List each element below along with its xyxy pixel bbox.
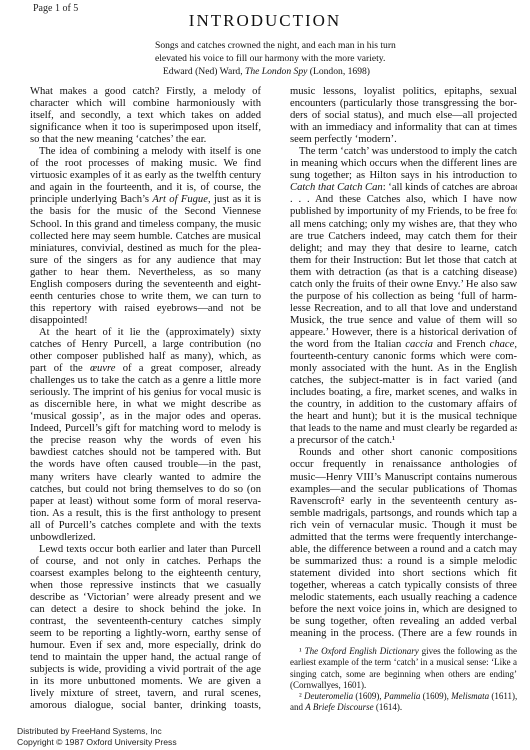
text-line: earliest example of the term ‘catch’ in …: [290, 657, 517, 668]
text-line: with an immediacy and informality that c…: [290, 122, 517, 134]
text-line: lively mixture of street, tavern, and ru…: [30, 688, 261, 700]
text-line: catch only the fruits of their owne Envy…: [290, 279, 517, 291]
text-line: in meaning which occurs when the differe…: [290, 158, 517, 170]
text-line: them with detraction (as that is a catch…: [290, 267, 517, 279]
text-line: the words have often caused trouble—in t…: [30, 459, 261, 471]
text-line: and A Briefe Discourse (1614).: [290, 702, 517, 713]
text-line: subjects is wide, providing a vivid port…: [30, 664, 261, 676]
text-line: Ravenscroft² early in the seventeenth ce…: [290, 496, 517, 508]
left-text-column: What makes a good catch? Firstly, a melo…: [30, 86, 261, 712]
text-line: melodic statements, each usually reachin…: [290, 592, 517, 604]
text-line: significance when it too is superimposed…: [30, 122, 261, 134]
text-line: part of the œuvre of a great composer, a…: [30, 363, 261, 375]
text-line: able, the difference between a round and…: [290, 544, 517, 556]
text-line: describe as ‘Victorian’ were already pre…: [30, 592, 261, 604]
text-line: other composer published half as many), …: [30, 351, 261, 363]
text-line: School. In this grand and timeless compa…: [30, 219, 261, 231]
text-line: seriously. The imprint of his genius for…: [30, 387, 261, 399]
text-line: seem perfectly ‘modern’.: [290, 134, 517, 146]
text-line: together, whereas a catch typically cons…: [290, 580, 517, 592]
text-line: monly associated with the hunt. As in th…: [290, 363, 517, 375]
text-line: a precursor of the catch.¹: [290, 435, 517, 447]
attribution-work: The London Spy: [245, 66, 307, 77]
text-line: appeare.’ However, there is a historical…: [290, 327, 517, 339]
text-line: coarsest examples belong to the eighteen…: [30, 568, 261, 580]
text-line: when those repressive instincts that we …: [30, 580, 261, 592]
text-line: catches, but could not bring themselves …: [30, 484, 261, 496]
text-line: of the root processes of making music. W…: [30, 158, 261, 170]
footnotes: ¹ The Oxford English Dictionary gives th…: [290, 646, 517, 713]
epigraph: Songs and catches crowned the night, and…: [155, 40, 370, 79]
text-line: paper at least) without some form of mor…: [30, 496, 261, 508]
text-line: can detect a desire to shock behind the …: [30, 604, 261, 616]
text-line: ¹ The Oxford English Dictionary gives th…: [290, 646, 517, 657]
text-line: contrast, the seventeenth-century catche…: [30, 616, 261, 628]
attribution-author: Edward (Ned) Ward,: [163, 66, 245, 77]
text-line: the word from the Italian caccia and Fre…: [290, 339, 517, 351]
text-line: this repertory with raised eyebrows—and …: [30, 303, 261, 315]
epigraph-line: Songs and catches crowned the night, and…: [155, 40, 370, 53]
chapter-title: INTRODUCTION: [0, 11, 530, 31]
distributor-line: Distributed by FreeHand Systems, Inc: [17, 726, 177, 737]
text-line: music—Henry VIII’s Manuscript contains n…: [290, 472, 517, 484]
epigraph-attribution: Edward (Ned) Ward, The London Spy (Londo…: [155, 66, 370, 79]
text-line: (Cornwallyes, 1601).: [290, 680, 517, 691]
text-line: Catch that Catch Can: ‘all kinds of catc…: [290, 182, 517, 194]
text-line: Lewd texts occur both earlier and later …: [30, 544, 261, 556]
text-line: so that the new meaning ‘catches’ the ea…: [30, 134, 261, 146]
text-line: occur frequently in renaissance antholog…: [290, 459, 517, 471]
right-text-column: music lessons, loyalist politics, epitap…: [290, 86, 517, 713]
text-line: before the next voice joins in, which ar…: [290, 604, 517, 616]
text-line: ders of social status), and much else—al…: [290, 110, 517, 122]
text-line: the purpose of his collection as being ‘…: [290, 291, 517, 303]
text-line: collected here may seem humble. Catches …: [30, 231, 261, 243]
text-line: many writers have clearly wanted to admi…: [30, 472, 261, 484]
text-line: sure of the singers as for any audience …: [30, 255, 261, 267]
text-line: meaning in the process. (There are a few…: [290, 628, 517, 640]
text-line: the heart and hunt); but it is the music…: [290, 411, 517, 423]
text-line: rich vein of vernacular music. Though it…: [290, 520, 517, 532]
text-line: includes boating, a fire, market scenes,…: [290, 387, 517, 399]
text-line: virtuosic examples of it as early as the…: [30, 170, 261, 182]
text-line: in its more unbuttoned moments. We are g…: [30, 676, 261, 688]
text-line: be sung together, often revealing an add…: [290, 616, 517, 628]
text-line: What makes a good catch? Firstly, a melo…: [30, 86, 261, 98]
text-line: catches, the subject-matter is in fact v…: [290, 375, 517, 387]
text-line: ‘musical gossip’, as in the major odes a…: [30, 411, 261, 423]
text-line: published by importunity of my Friends, …: [290, 206, 517, 218]
text-line: bawdiest catches should not be tampered …: [30, 447, 261, 459]
text-line: amorous dialogue, social banter, drinkin…: [30, 700, 261, 712]
text-line: examples—and the secular publications of…: [290, 484, 517, 496]
text-line: sung together; as Hilton says in his int…: [290, 170, 517, 182]
text-line: and again in the fourteenth, and it is, …: [30, 182, 261, 194]
text-line: humour. Even if sex and, more especially…: [30, 640, 261, 652]
text-line: of course, and not only in catches. Perh…: [30, 556, 261, 568]
copyright-line: Copyright © 1987 Oxford University Press: [17, 737, 177, 748]
text-line: The term ‘catch’ was understood to imply…: [290, 146, 517, 158]
text-line: be summarized thus: a round is a simple …: [290, 556, 517, 568]
text-line: them for their Instruction: But let thos…: [290, 255, 517, 267]
text-line: fourteenth-century canonic forms which w…: [290, 351, 517, 363]
text-line: semble madrigals, partsongs, and rounds …: [290, 508, 517, 520]
epigraph-line: elevated his voice to fill our harmony w…: [155, 53, 370, 66]
text-line: Musick, the true sence and value of them…: [290, 315, 517, 327]
text-line: statement divided into short sections wh…: [290, 568, 517, 580]
text-line: tion. As a result, this is the first ant…: [30, 508, 261, 520]
text-line: the basis for the music of the Second Vi…: [30, 206, 261, 218]
text-line: The idea of combining a melody with itse…: [30, 146, 261, 158]
text-line: challenges us to take the catch as a gen…: [30, 375, 261, 387]
text-line: admitted that the terms were frequently …: [290, 532, 517, 544]
text-line: the country, in addition to the customar…: [290, 399, 517, 411]
text-line: tend to maintain the upper hand, the act…: [30, 652, 261, 664]
text-line: At the heart of it lie the (approximatel…: [30, 327, 261, 339]
text-line: gather to hear them. Nevertheless, as so…: [30, 267, 261, 279]
text-line: delight; and may they that desire to lea…: [290, 243, 517, 255]
text-line: ² Deuteromelia (1609), Pammelia (1609), …: [290, 691, 517, 702]
text-line: disappointed!: [30, 315, 261, 327]
text-line: character which will combine harmoniousl…: [30, 98, 261, 110]
text-line: Indeed, Purcell’s gift for matching word…: [30, 423, 261, 435]
text-line: all of Purcell’s catches complete and wi…: [30, 520, 261, 532]
text-line: as discernible here, in what we might de…: [30, 399, 261, 411]
attribution-rest: (London, 1698): [307, 66, 370, 77]
text-line: principle underlying Bach’s Art of Fugue…: [30, 194, 261, 206]
text-line: . . . And these Catches also, which I ha…: [290, 194, 517, 206]
text-line: itself, and secondly, a text which takes…: [30, 110, 261, 122]
text-line: seem to be reporting a lightly-worn, ear…: [30, 628, 261, 640]
footer: Distributed by FreeHand Systems, Inc Cop…: [17, 726, 177, 748]
text-line: English composers during the seventeenth…: [30, 279, 261, 291]
text-line: the precise reason why the words of even…: [30, 435, 261, 447]
text-line: lesse Recreation, and to all that love a…: [290, 303, 517, 315]
text-line: singing catch, some are beginning when o…: [290, 669, 517, 680]
text-line: unbowdlerized.: [30, 532, 261, 544]
text-line: Rounds and other short canonic compositi…: [290, 447, 517, 459]
text-line: eenth centuries chose to write them, we …: [30, 291, 261, 303]
text-line: are true Catchers indeed, may catch them…: [290, 231, 517, 243]
text-line: encounters (particularly those transgres…: [290, 98, 517, 110]
text-line: that leads to the name and must clearly …: [290, 423, 517, 435]
text-line: music lessons, loyalist politics, epitap…: [290, 86, 517, 98]
text-line: miniatures, convivial, destined as much …: [30, 243, 261, 255]
text-line: catches of Henry Purcell, a large contri…: [30, 339, 261, 351]
text-line: all mens catching; only my wishes are, t…: [290, 219, 517, 231]
